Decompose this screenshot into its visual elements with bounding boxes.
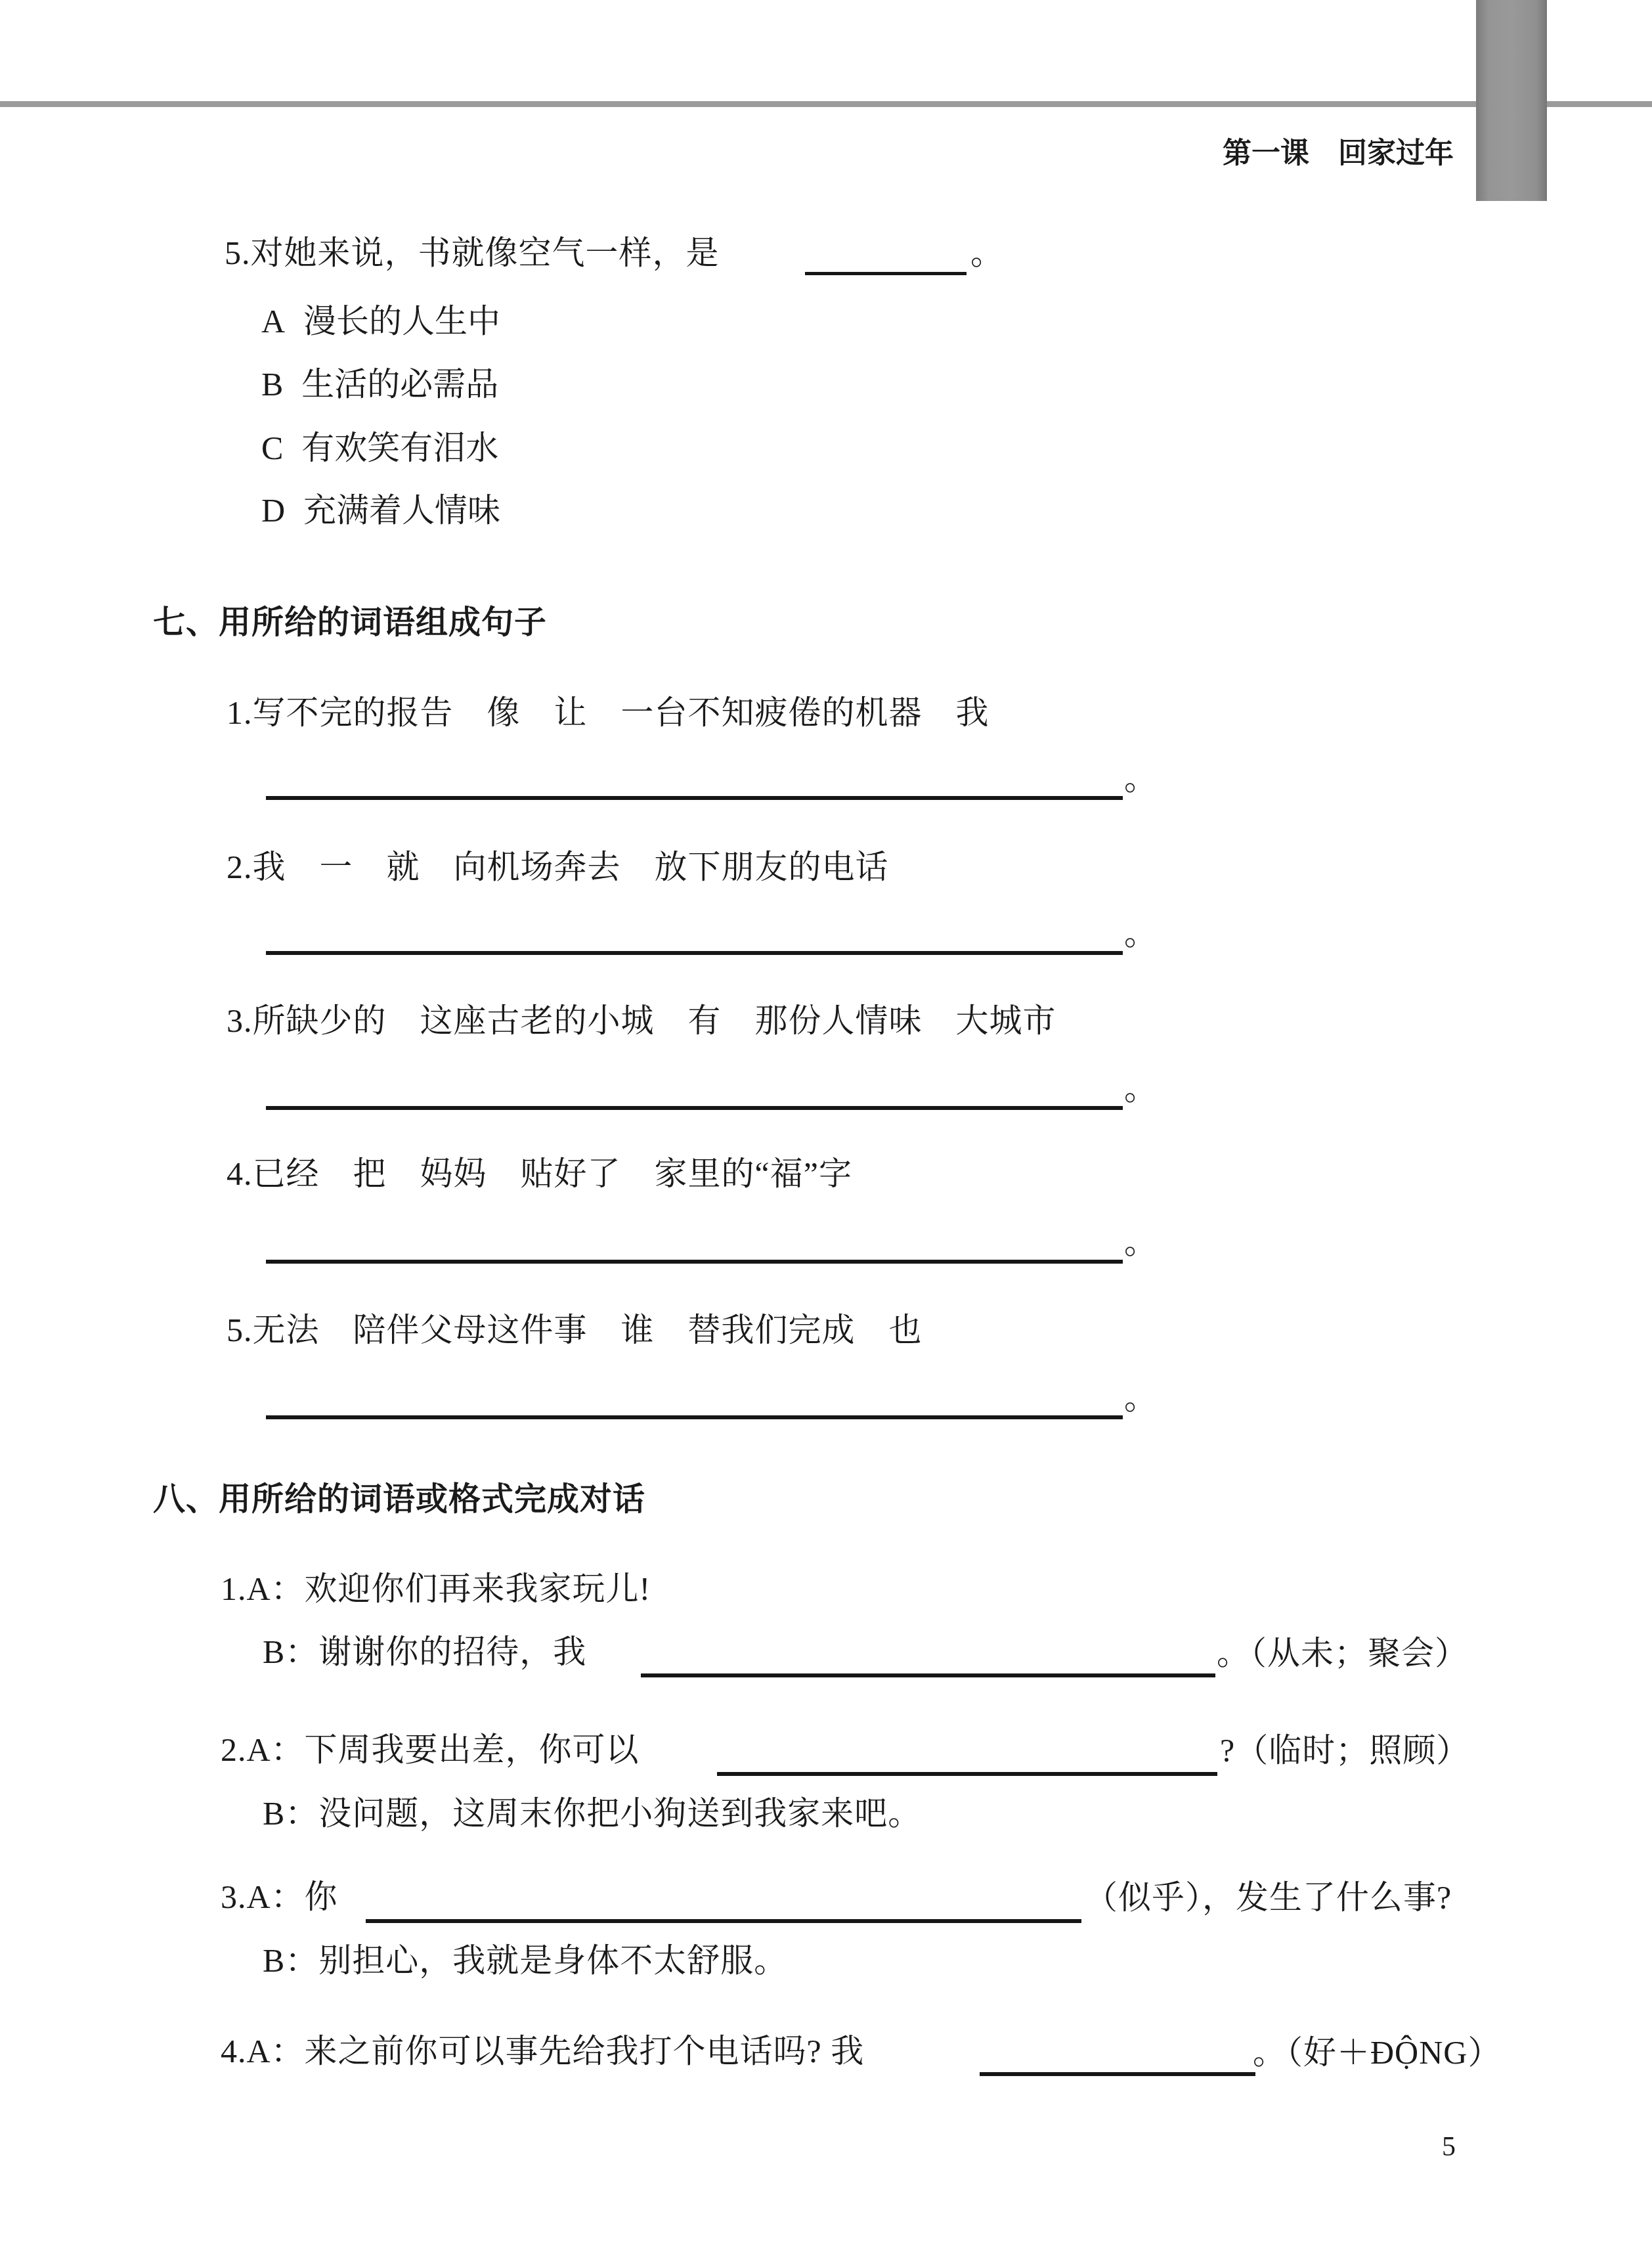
s7-item5-period: 。 xyxy=(1124,1380,1158,1416)
dialog1-b-line: B：谢谢你的招待，我 xyxy=(263,1634,586,1670)
section8-heading: 八、用所给的词语或格式完成对话 xyxy=(153,1483,645,1516)
workbook-page: 第一课 回家过年 5.对她来说，书就像空气一样，是 。 A漫长的人生中 B生活的… xyxy=(0,0,1652,2258)
dialog3-a-line: 3.A：你 xyxy=(221,1879,338,1915)
section7-heading: 七、用所给的词语组成句子 xyxy=(153,606,547,640)
option-c-label: C xyxy=(261,430,283,466)
question5-period: 。 xyxy=(970,235,1004,271)
dialog4-a-answer-blank[interactable] xyxy=(980,2072,1255,2076)
dialog2-b-line: B：没问题，这周末你把小狗送到我家来吧。 xyxy=(263,1796,921,1832)
s7-item3-period: 。 xyxy=(1124,1071,1158,1107)
header-tab-bar xyxy=(1476,0,1547,201)
s7-item5-words: 5.无法 陪伴父母这件事 谁 替我们完成 也 xyxy=(227,1312,923,1348)
option-b[interactable]: B生活的必需品 xyxy=(261,366,498,403)
s7-item1-period: 。 xyxy=(1124,761,1158,797)
dialog3-b-line: B：别担心，我就是身体不太舒服。 xyxy=(263,1943,787,1979)
option-d-text: 充满着人情味 xyxy=(303,492,500,529)
s7-item4-answer-blank[interactable] xyxy=(266,1260,1123,1264)
question5-stem: 5.对她来说，书就像空气一样，是 xyxy=(225,235,720,271)
s7-item5-answer-blank[interactable] xyxy=(266,1415,1123,1419)
page-number: 5 xyxy=(1442,2133,1456,2161)
question5-answer-blank[interactable] xyxy=(805,272,967,275)
option-d[interactable]: D充满着人情味 xyxy=(261,493,500,529)
option-c[interactable]: C有欢笑有泪水 xyxy=(261,430,498,466)
dialog2-a-tail: ?（临时；照顾） xyxy=(1220,1733,1469,1769)
dialog2-a-answer-blank[interactable] xyxy=(717,1772,1217,1776)
option-a-text: 漫长的人生中 xyxy=(303,303,500,340)
s7-item4-words: 4.已经 把 妈妈 贴好了 家里的“福”字 xyxy=(227,1156,852,1192)
dialog3-a-tail: （似乎），发生了什么事? xyxy=(1085,1880,1452,1916)
dialog3-a-answer-blank[interactable] xyxy=(366,1919,1081,1923)
header-rule xyxy=(0,101,1652,107)
dialog4-a-line: 4.A：来之前你可以事先给我打个电话吗? 我 xyxy=(221,2033,864,2070)
s7-item3-answer-blank[interactable] xyxy=(266,1106,1123,1110)
option-b-label: B xyxy=(261,366,283,403)
option-c-text: 有欢笑有泪水 xyxy=(301,430,498,466)
s7-item1-words: 1.写不完的报告 像 让 一台不知疲倦的机器 我 xyxy=(227,695,989,731)
lesson-title: 第一课 回家过年 xyxy=(1223,139,1454,168)
dialog1-a-line: 1.A：欢迎你们再来我家玩儿! xyxy=(221,1571,651,1607)
dialog1-b-answer-blank[interactable] xyxy=(641,1673,1215,1677)
dialog2-a-line: 2.A：下周我要出差，你可以 xyxy=(221,1732,640,1768)
option-a[interactable]: A漫长的人生中 xyxy=(261,303,500,340)
s7-item2-period: 。 xyxy=(1124,916,1158,952)
s7-item1-answer-blank[interactable] xyxy=(266,796,1123,800)
dialog1-b-tail: 。（从未；聚会） xyxy=(1217,1635,1468,1671)
s7-item3-words: 3.所缺少的 这座古老的小城 有 那份人情味 大城市 xyxy=(227,1003,1056,1039)
s7-item4-period: 。 xyxy=(1124,1224,1158,1260)
s7-item2-words: 2.我 一 就 向机场奔去 放下朋友的电话 xyxy=(227,849,889,885)
option-a-label: A xyxy=(261,303,285,340)
option-d-label: D xyxy=(261,492,285,529)
option-b-text: 生活的必需品 xyxy=(301,366,498,403)
s7-item2-answer-blank[interactable] xyxy=(266,951,1123,955)
dialog4-a-tail: 。（好＋ĐỘNG） xyxy=(1253,2035,1501,2071)
